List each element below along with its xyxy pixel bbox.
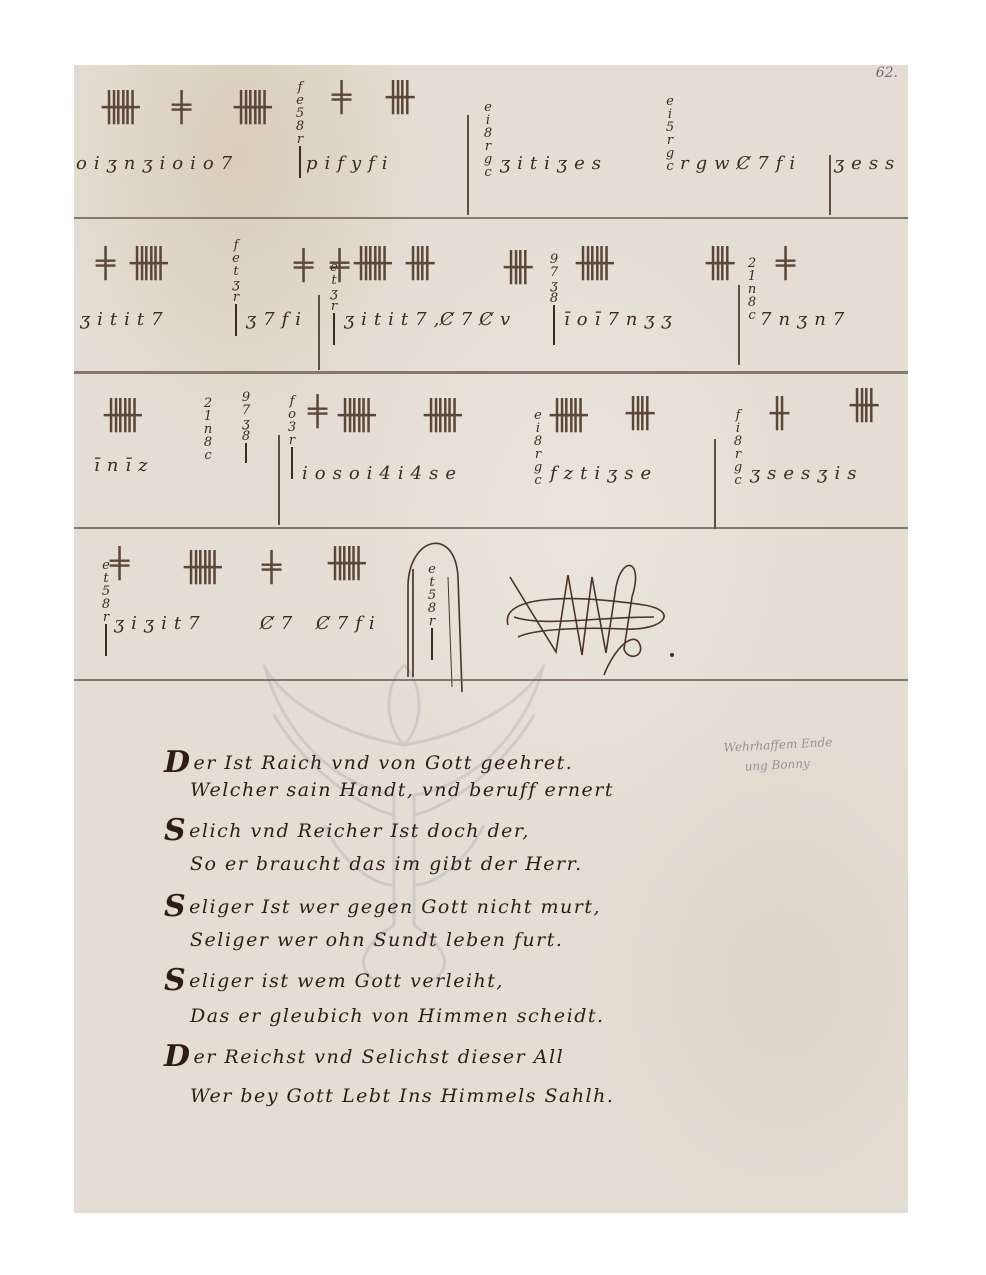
tab-letters-segment: ʒitit7, xyxy=(344,309,446,330)
poem-line-6: Seliger wer ohn Sundt leben furt. xyxy=(164,929,563,951)
tab-letters-segment: pifyfi xyxy=(306,153,395,174)
tablature-system-3: ╫╫╫ ╪ ╫╫╫ ╫╫╫ ╫╫╫ ╫╫ ╫ ╫╫ 21n8c 97ʒ8 fo3… xyxy=(74,379,908,529)
tablature-system-2: ╪ ╫╫╫ ╪ ╪ ╫╫╫ ╫╫ ╫╫ ╫╫╫ ╫╫ ╪ fetʒr etʒr … xyxy=(74,225,908,370)
rhythm-flag-icon: ╫╫╫ xyxy=(130,249,158,278)
rhythm-flag-icon: ╪ xyxy=(332,83,341,112)
tab-letters-segment: ʒitiʒes xyxy=(500,153,608,174)
tab-letters-segment: īoī7nʒʒ xyxy=(564,309,679,330)
rhythm-flag-icon: ╫╫╫ xyxy=(354,249,382,278)
rhythm-flag-icon: ╫╫ xyxy=(406,249,425,278)
rhythm-signs-row: ╪ ╫╫╫ ╪ ╫╫╫ xyxy=(74,533,908,603)
system-divider-rule xyxy=(74,679,908,681)
chord-column: ei8rgc xyxy=(530,409,546,487)
rhythm-flag-icon: ╫╫╫ xyxy=(424,401,452,430)
tab-letters-segment: ʒ7fi xyxy=(246,309,308,330)
rhythm-flag-icon: ╫╫╫ xyxy=(102,93,130,122)
rhythm-flag-icon: ╪ xyxy=(96,249,105,278)
rhythm-flag-icon: ╫╫╫ xyxy=(184,553,212,582)
poem-line-8: Das er gleubich von Himmen scheidt. xyxy=(164,1005,605,1027)
rhythm-flag-icon: ╪ xyxy=(172,93,181,122)
chord-column: fi8rgc xyxy=(730,409,746,487)
chord-column: 97ʒ8 xyxy=(238,391,254,463)
chord-column: 21n8c xyxy=(744,257,760,322)
marginal-annotation: Wehrhaffem Ende ung Bonny xyxy=(723,728,905,777)
tab-letters-segment: Ȼ7 xyxy=(260,613,299,634)
tablature-system-1: ╫╫╫ ╪ ╫╫╫ ╪ ╫╫ fe58r ei8rgc ei5rgc oiʒnʒ… xyxy=(74,75,908,220)
poem-line-7: Seliger ist wem Gott verleiht, xyxy=(164,963,504,998)
chord-column: fetʒr xyxy=(228,239,244,336)
rhythm-flag-icon: ╫╫ xyxy=(504,253,523,282)
poem-line-5: Seliger Ist wer gegen Gott nicht murt, xyxy=(164,889,601,924)
tab-letters-segment: ʒiʒit7 xyxy=(114,613,207,634)
rhythm-flag-icon: ╫╫ xyxy=(706,249,725,278)
rhythm-flag-icon: ╫╫ xyxy=(386,83,405,112)
rhythm-flag-icon: ╫ xyxy=(770,399,779,428)
system-divider-rule xyxy=(74,371,908,374)
tab-letters-segment: rgwȻ7fi xyxy=(680,153,802,174)
rhythm-flag-icon: ╫╫╫ xyxy=(234,93,262,122)
rhythm-flag-icon: ╫╫ xyxy=(850,391,869,420)
chord-column: et58r xyxy=(98,559,114,656)
chord-column: fo3r xyxy=(284,395,300,479)
chord-column: 21n8c xyxy=(200,397,216,462)
chord-column: ei8rgc xyxy=(480,101,496,179)
tab-letters-segment: īnīz xyxy=(94,455,155,476)
fermata-arch-icon xyxy=(400,527,470,697)
barline xyxy=(318,295,320,370)
tab-letters-segment: oiʒnʒioio7 xyxy=(76,153,239,174)
poem-line-2: Welcher sain Handt, vnd beruff ernert xyxy=(164,779,614,801)
rhythm-flag-icon: ╫╫ xyxy=(626,399,645,428)
rhythm-flag-icon: ╪ xyxy=(776,249,785,278)
poem-line-10: Wer bey Gott Lebt Ins Himmels Sahlh. xyxy=(164,1085,614,1107)
system-divider-rule xyxy=(74,217,908,219)
rhythm-flag-icon: ╫╫╫ xyxy=(338,401,366,430)
rhythm-flag-icon: ╪ xyxy=(262,553,271,582)
tab-letters-segment: Ȼ7Ȼv xyxy=(440,309,517,330)
rhythm-flag-icon: ╫╫╫ xyxy=(550,401,578,430)
tab-letters-segment: fztiʒse xyxy=(550,463,658,484)
rhythm-flag-icon: ╫╫╫ xyxy=(104,401,132,430)
rhythm-flag-icon: ╪ xyxy=(308,397,317,426)
tab-letters-segment: ʒsesʒis xyxy=(750,463,863,484)
rhythm-flag-icon: ╪ xyxy=(294,251,303,280)
poem-line-1: Der Ist Raich vnd von Gott geehret. xyxy=(164,745,573,780)
chord-column: etʒr xyxy=(326,261,342,345)
tab-letters-segment: ʒitit7 xyxy=(80,309,170,330)
barline xyxy=(714,439,716,529)
chord-column: ei5rgc xyxy=(662,95,678,173)
barline xyxy=(738,285,740,365)
rhythm-flag-icon: ╫╫╫ xyxy=(328,549,356,578)
tablature-system-4: ╪ ╫╫╫ ╪ ╫╫╫ et58r et58r ʒiʒit7 Ȼ7 Ȼ7fi xyxy=(74,533,908,683)
barline xyxy=(467,115,469,215)
poem-line-9: Der Reichst vnd Selichst dieser All xyxy=(164,1039,564,1074)
final-flourish-icon xyxy=(504,557,684,677)
chord-column: 97ʒ8 xyxy=(546,253,562,345)
barline xyxy=(829,155,831,215)
poem-line-4: So er braucht das im gibt der Herr. xyxy=(164,853,583,875)
barline xyxy=(278,435,280,525)
tab-letters-segment: ʒess xyxy=(834,153,901,174)
tab-letters-segment: Ȼ7fi xyxy=(316,613,382,634)
rhythm-flag-icon: ╫╫╫ xyxy=(576,249,604,278)
tab-letters-segment: 7nʒn7 xyxy=(760,309,851,330)
system-divider-rule xyxy=(74,527,908,529)
poem-line-3: Selich vnd Reicher Ist doch der, xyxy=(164,813,530,848)
tab-letters-segment: iosoi4i4se xyxy=(302,463,463,484)
manuscript-page: 62. ╫╫╫ ╪ ╫╫╫ ╪ ╫╫ fe58r ei8rgc ei5rgc o… xyxy=(74,65,908,1213)
rhythm-signs-row: ╪ ╫╫╫ ╪ ╪ ╫╫╫ ╫╫ ╫╫ ╫╫╫ ╫╫ ╪ xyxy=(74,225,908,295)
